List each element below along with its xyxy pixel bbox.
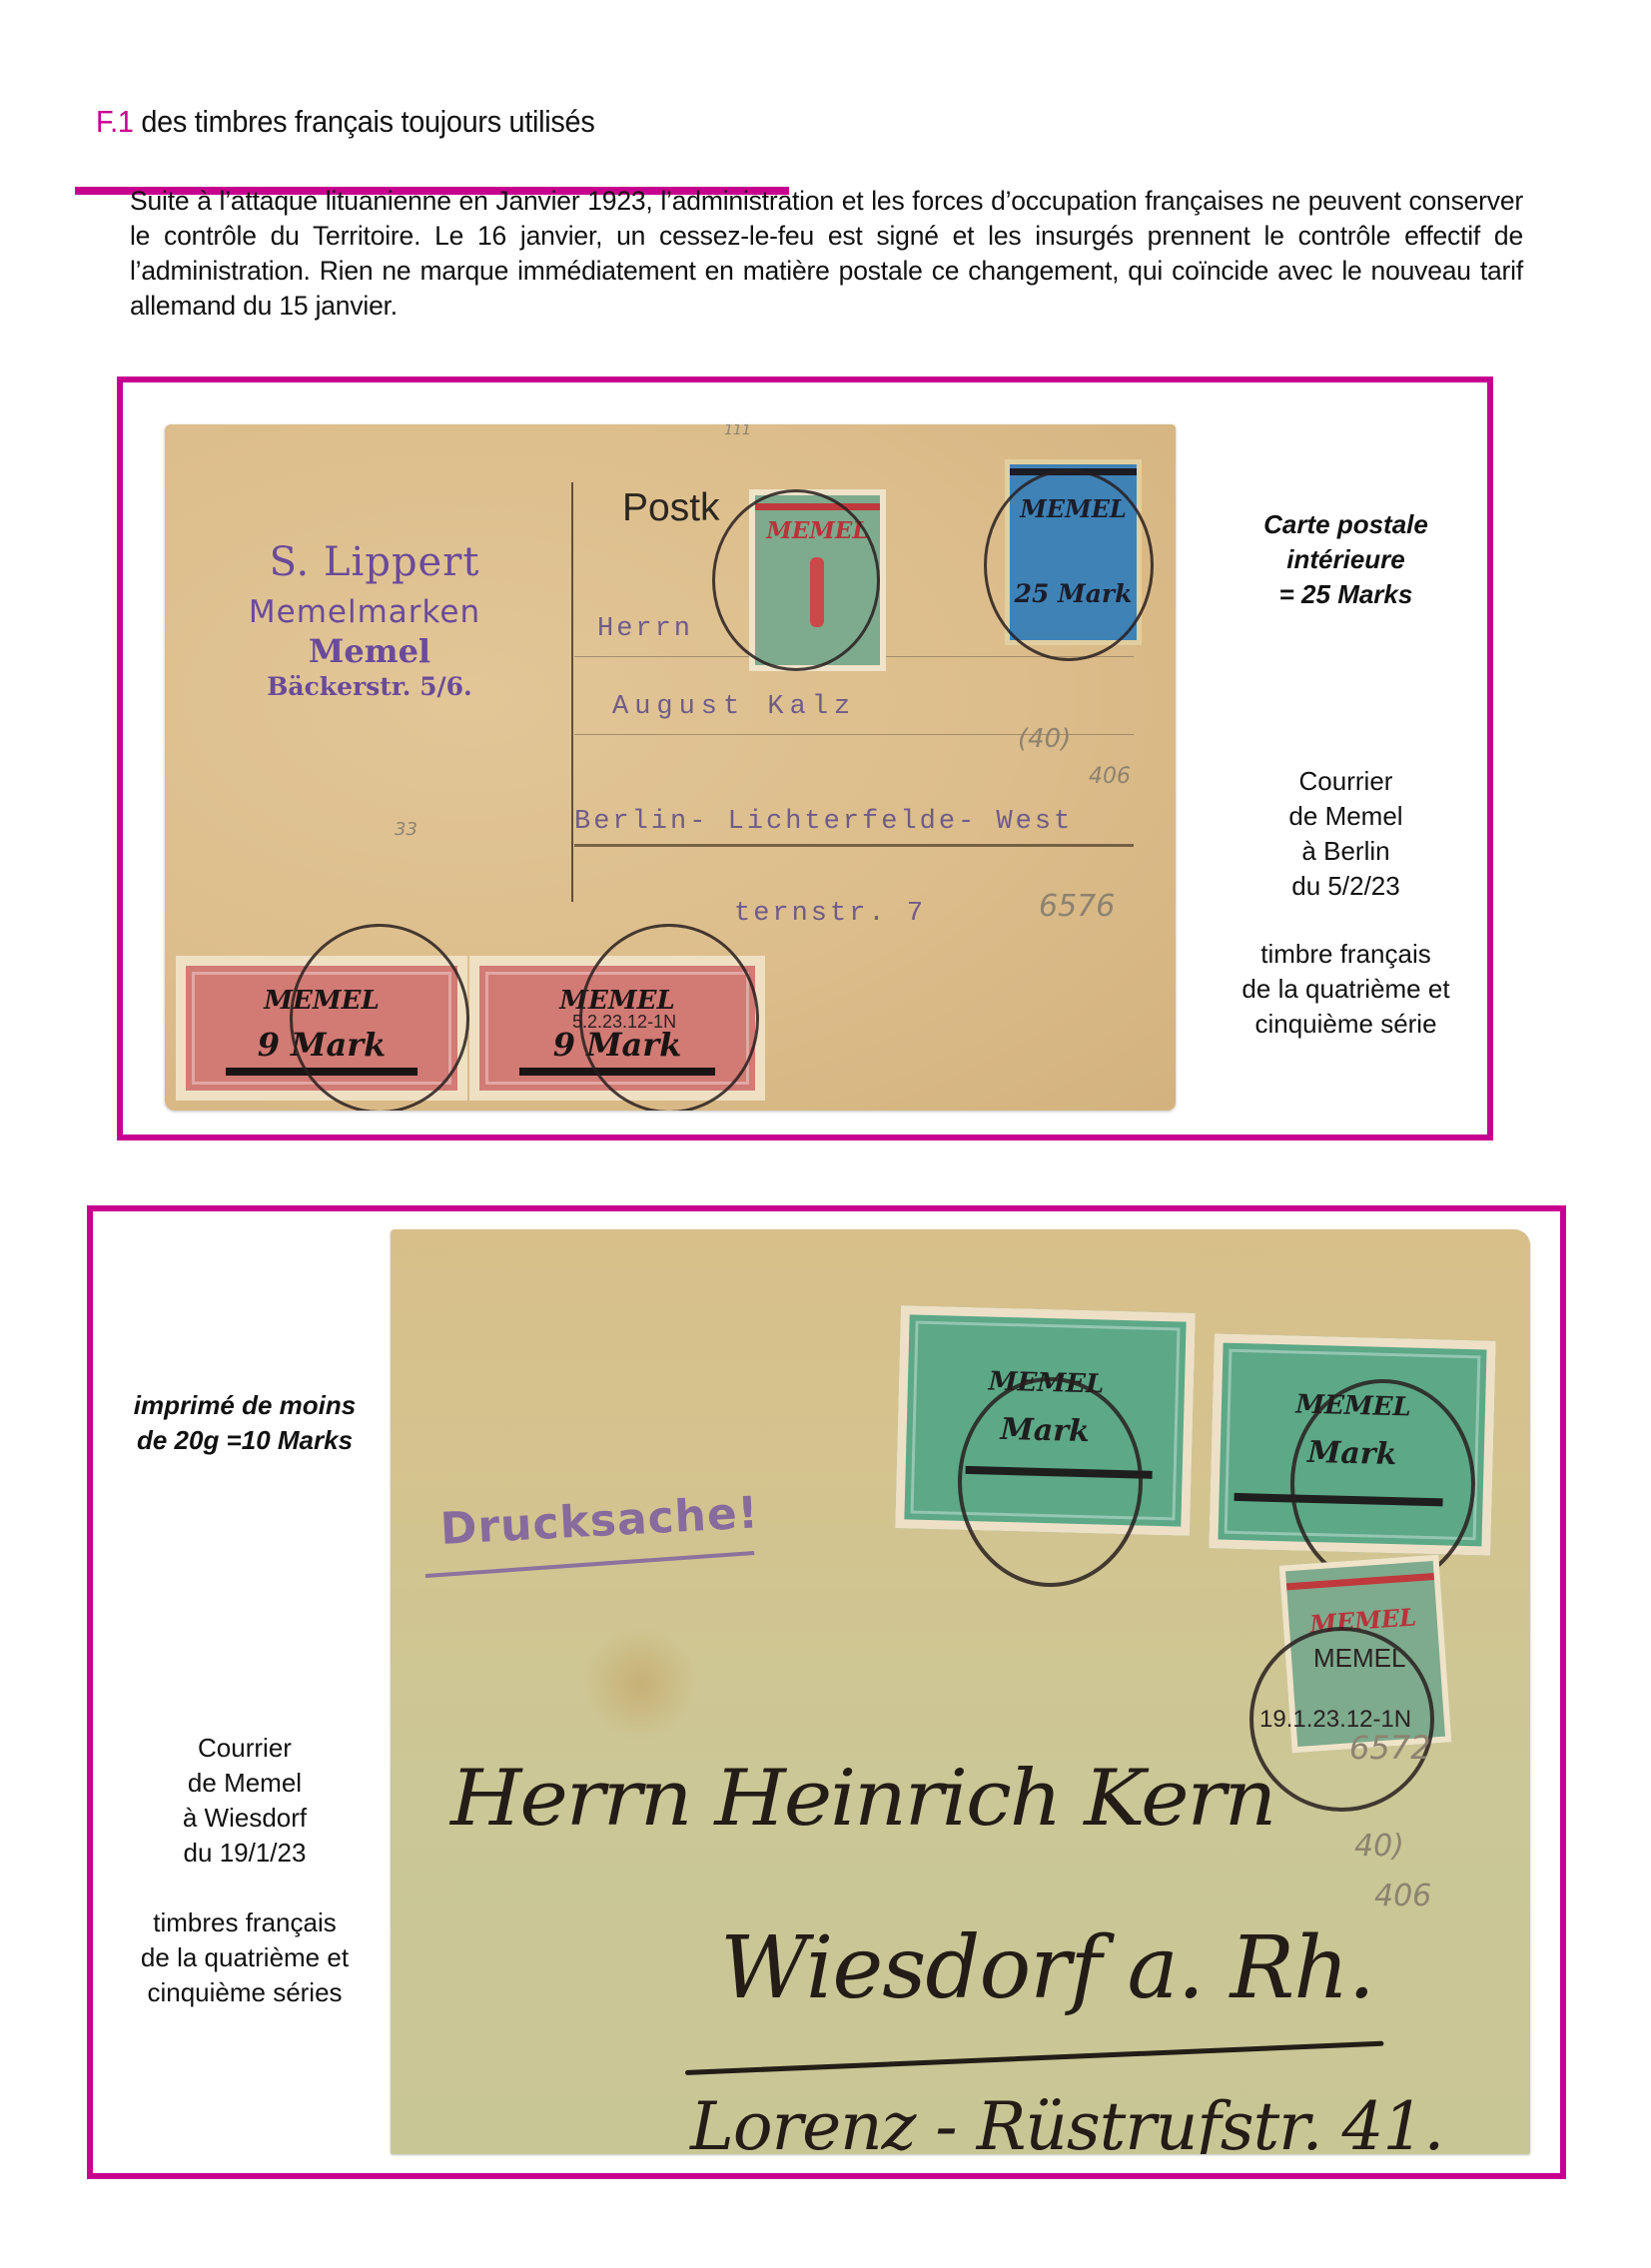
postcard-printed-title: Postk: [622, 486, 720, 530]
address-rule: [574, 844, 1134, 847]
postmark: [712, 489, 880, 671]
exhibit-route-caption: Courrier de Memel à Wiesdorf du 19/1/23: [100, 1731, 390, 1871]
address-line-name: Herrn Heinrich Kern: [450, 1754, 1274, 1844]
exhibit-series-caption: timbres français de la quatrième et cinq…: [100, 1905, 390, 2010]
sender-stamp-line: Memelmarken: [210, 594, 519, 630]
pencil-note: 6576: [1039, 889, 1115, 924]
address-line-city: Wiesdorf a. Rh.: [720, 1918, 1374, 2018]
sender-stamp-city: Memel: [255, 632, 484, 670]
pencil-note: (40): [1018, 724, 1071, 754]
address-city: Berlin- Lichterfelde- West: [574, 807, 1073, 837]
pencil-note: 406: [1089, 764, 1131, 789]
pencil-note: 40): [1354, 1829, 1404, 1864]
postmark: [984, 469, 1154, 661]
handstamp-underline: [425, 1551, 754, 1578]
address-underline: [685, 2041, 1384, 2075]
pencil-note: 6572: [1349, 1729, 1430, 1767]
stain: [580, 1629, 700, 1739]
drucksache-handstamp: Drucksache!: [439, 1487, 760, 1555]
sender-stamp-name: S. Lippert: [245, 539, 504, 585]
section-number: F.1: [96, 104, 134, 139]
pencil-note: 406: [1374, 1879, 1431, 1913]
section-title-text: des timbres français toujours utilisés: [141, 104, 594, 139]
pencil-note: 111: [724, 424, 751, 438]
sender-stamp-street: Bäckerstr. 5/6.: [250, 672, 489, 701]
overprint-bar: [1286, 1573, 1434, 1590]
exhibit-rate-caption: Carte postale intérieure = 25 Marks: [1214, 507, 1478, 612]
postmark-date: 5.2.23.12-1N: [572, 1012, 676, 1033]
postmark: 5.2.23.12-1N: [579, 924, 759, 1111]
address-salutation: Herrn: [597, 614, 693, 644]
exhibit-rate-caption: imprimé de moins de 20g =10 Marks: [100, 1388, 390, 1458]
envelope-image: Drucksache! MEMEL Mark MEMEL Mark MEMEL …: [391, 1229, 1530, 2154]
postcard-divider: [571, 482, 573, 902]
section-title: F.1 des timbres français toujours utilis…: [96, 104, 594, 140]
pencil-note: 33: [395, 819, 417, 840]
postmark: [958, 1377, 1143, 1587]
exhibit-series-caption: timbre français de la quatrième et cinqu…: [1194, 937, 1498, 1042]
address-name: August Kalz: [612, 692, 856, 722]
postmark-town: MEMEL: [1313, 1643, 1405, 1674]
postmark: 19.1.23.12-1N MEMEL: [1249, 1627, 1434, 1812]
postmark: [290, 924, 469, 1111]
intro-paragraph: Suite à l’attaque lituanienne en Janvier…: [130, 184, 1523, 324]
address-line-street: Lorenz - Rüstrufstr. 41.: [690, 2088, 1443, 2154]
exhibit-route-caption: Courrier de Memel à Berlin du 5/2/23: [1214, 764, 1478, 904]
address-street: ternstr. 7: [734, 899, 926, 929]
postcard-image: 111 S. Lippert Memelmarken Memel Bäckers…: [165, 424, 1176, 1111]
